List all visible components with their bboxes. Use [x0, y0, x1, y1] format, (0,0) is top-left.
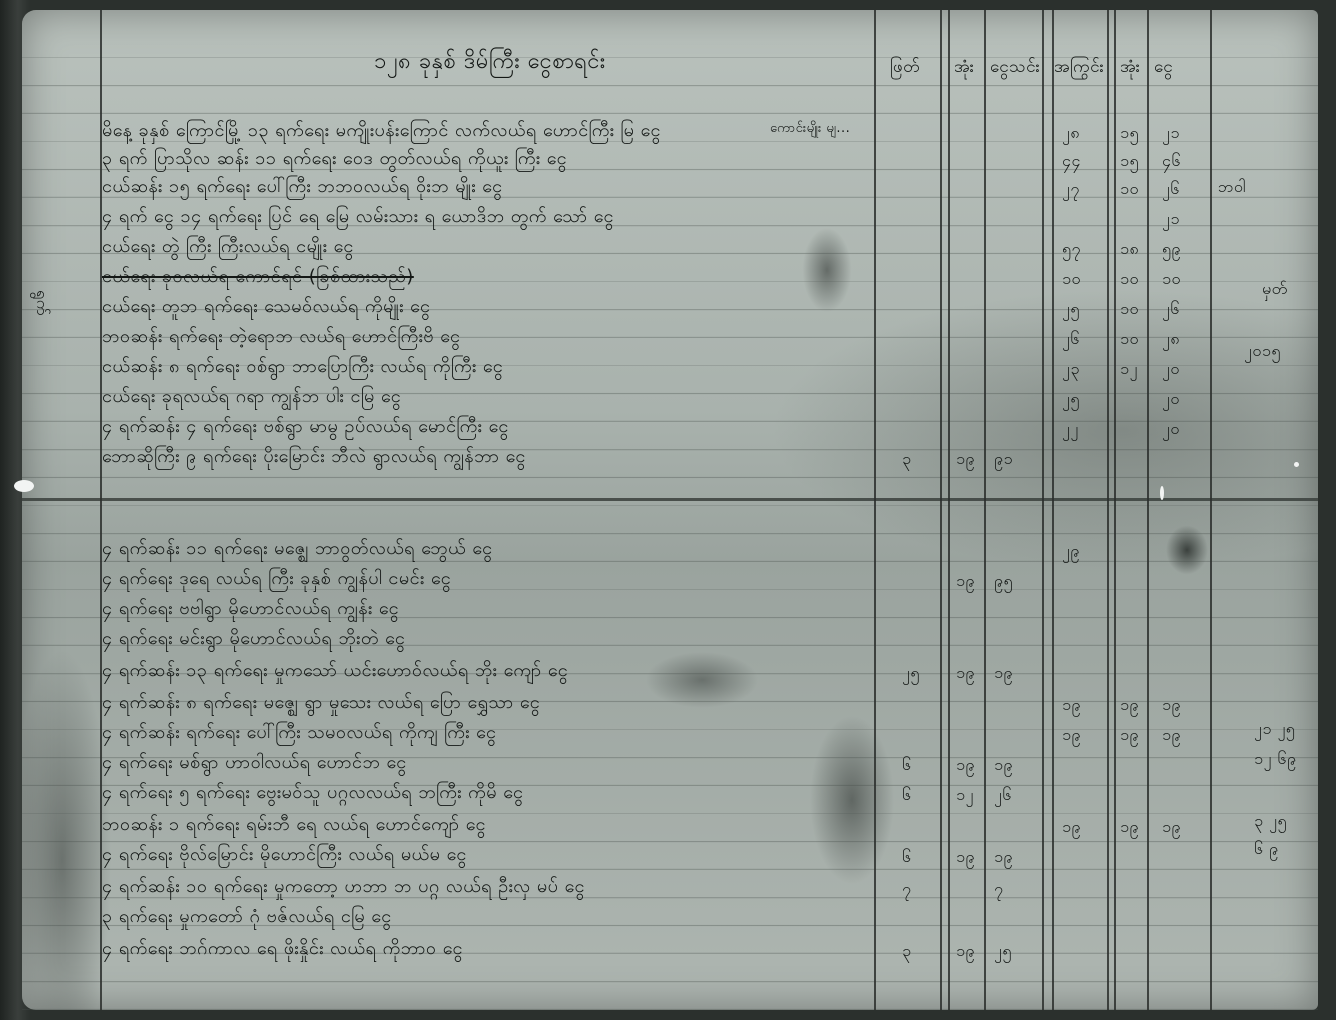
ledger-row: ၄ ရက်ရေး မစ်ရွာ ဟာဝါလယ်ရ ဟောင်ဘ ငွေ — [102, 750, 407, 777]
amount-cell: ၂၅ — [1062, 388, 1080, 412]
ledger-row: ၄ ရက်ရေး ဗဗါရွာ မိုဟောင်လယ်ရ ကျွန်း ငွေ — [102, 596, 399, 623]
amount-cell: ၂၁ — [1162, 122, 1180, 146]
column-header: အုံး — [1120, 56, 1140, 81]
amount-cell: ၂၅ — [994, 940, 1012, 964]
ledger-row: ၄ ရက်ဆန်း ၁၁ ရက်ရေး မဇ္ဈေ ဘာဝွတ်လယ်ရ ဘွေ… — [102, 536, 493, 563]
ledger-row: ၃ ရက် ပြာသိုလ ဆန်း ၁၁ ရက်ရေး ဝေဒ တွတ်လယ်… — [102, 146, 567, 173]
column-header: ဖြတ် — [890, 56, 920, 81]
right-margin-note: ဘဝါ — [1218, 176, 1246, 200]
amount-cell: ၂၅ — [902, 662, 920, 686]
amount-cell: ၁၉ — [1062, 694, 1081, 718]
scan-artifact — [1160, 486, 1164, 500]
amount-cell: ၂၇ — [1062, 178, 1080, 202]
amount-cell: ၁၂ — [1120, 358, 1138, 382]
amount-cell: ၁၂ — [956, 784, 974, 808]
ledger-row: ၄ ရက်ရေး ၅ ရက်ရေး ဗွေးမဝ်သူ ပဂ္ဂလလယ်ရ ဘက… — [102, 780, 524, 807]
amount-cell: ၂၈ — [1162, 328, 1180, 352]
scan-artifact — [1294, 462, 1299, 467]
amount-cell: ၂၁ — [1162, 208, 1180, 232]
amount-cell: ၂၆ — [1162, 178, 1180, 202]
column-rule — [1042, 10, 1044, 1010]
amount-cell: ၂၃ — [1062, 358, 1080, 382]
amount-cell: ၁၉ — [1162, 724, 1181, 748]
page-fold — [22, 498, 1318, 501]
amount-cell: ၁၉ — [956, 448, 975, 472]
ledger-row: ၃ ရက်ရေး မှုကတော် ဂုံ ဗဇ်လယ်ရ ငမြ ငွေ — [102, 904, 392, 931]
ledger-row-struck: ငယ်ရေး ခုဝလယ်ရ ကောင်ရင် (ခြစ်ထားသည်) — [102, 264, 414, 291]
column-rule — [940, 10, 942, 1010]
scan-artifact — [14, 480, 34, 492]
ledger-row: ငယ်ရေး တူဘ ရက်ရေး သေမဝ်လယ်ရ ကိုမျိုး ငွေ — [102, 294, 430, 321]
amount-cell: ၅၇ — [1062, 238, 1081, 262]
amount-cell: ၆ — [902, 846, 912, 870]
ledger-row: ၄ ရက် ငွေ ၁၄ ရက်ရေး ပြင် ရေ မြေ လမ်းသား … — [102, 204, 614, 231]
amount-cell: ၁၉ — [956, 570, 975, 594]
column-rule — [1114, 10, 1116, 1010]
ledger-row: မိနေ့ ခုနှစ် ကြောင်မြို့ ၁၃ ရက်ရေး မကျို… — [102, 118, 661, 145]
ledger-row: ဘောဆိုကြီး ၉ ရက်ရေး ပိုးမြောင်း ဘီလဲ ရွာ… — [102, 444, 526, 471]
amount-cell: ၁၈ — [1120, 238, 1139, 262]
amount-cell: ၁၀ — [1120, 268, 1139, 292]
amount-cell: ၁၅ — [1120, 122, 1139, 146]
amount-cell: ၆ — [902, 754, 912, 778]
amount-cell: ၁၀ — [1120, 178, 1139, 202]
column-rule — [1210, 10, 1212, 1010]
column-rule — [874, 10, 876, 1010]
left-margin-note: ရွက် — [30, 290, 54, 316]
amount-cell: ၁၉ — [994, 846, 1013, 870]
amount-cell: ၄၄ — [1062, 150, 1081, 174]
ledger-row: ဘဝဆန်း ရက်ရေး တဲ့ရောဘ လယ်ရ ဟောင်ကြီးဗိ င… — [102, 324, 461, 351]
ledger-row: ၄ ရက်ဆန်း ၁၀ ရက်ရေး မှုကတော့ ဟဘာ ဘ ပဂ္ဂ … — [102, 874, 585, 901]
amount-cell: ၂၆ — [1062, 328, 1080, 352]
amount-cell: ၁၉ — [1120, 816, 1139, 840]
amount-cell: ၂၆ — [1162, 298, 1180, 322]
column-rule — [1052, 10, 1054, 1010]
amount-cell: ၂၀ — [1162, 418, 1180, 442]
column-header: ငွေ — [1154, 56, 1173, 81]
amount-cell: ၁၉ — [956, 662, 975, 686]
amount-cell: ၂၀ — [1162, 358, 1180, 382]
right-margin-note: ၂၀၁၅ — [1244, 340, 1281, 364]
ledger-row: ၄ ရက်ရေး ဘဂ်ကာလ ရေ ဖိုးနှိုင်း လယ်ရ ကိုဘ… — [102, 936, 463, 963]
amount-cell: ၂၂ — [1062, 418, 1079, 442]
amount-cell: ၂၀ — [1162, 388, 1180, 412]
amount-cell: ၁၀ — [1120, 328, 1139, 352]
ledger-row: ငယ်ဆန်း ၈ ရက်ရေး ဝစ်ရွာ ဘာပြောကြီး လယ်ရ … — [102, 354, 503, 381]
amount-cell: ၇ — [902, 878, 912, 902]
ledger-row: ၄ ရက်ဆန်း ၁၃ ရက်ရေး မှုကသော် ယင်းဟောဝ်လယ… — [102, 658, 568, 685]
column-header: အုံး — [954, 56, 974, 81]
column-rule — [984, 10, 986, 1010]
amount-cell: ၁၉ — [1162, 816, 1181, 840]
right-margin-note: ၆ ၉ — [1254, 838, 1279, 862]
amount-cell: ၁၀ — [1162, 268, 1181, 292]
amount-cell: ၁၉ — [956, 846, 975, 870]
scanned-document: ၁၂၈ ခုနှစ် ဒိမ်ကြီး ငွေစာရင်း ဖြတ် အုံး … — [0, 0, 1336, 1020]
amount-cell: ၁၀ — [1120, 298, 1139, 322]
amount-cell: ၂၆ — [994, 784, 1012, 808]
amount-cell: ၂၈ — [1062, 122, 1080, 146]
amount-cell: ၃ — [902, 448, 912, 472]
ledger-row: ၄ ရက်ဆန်း ၄ ရက်ရေး ဗစ်ရွာ မာမွ ဥပ်လယ်ရ မ… — [102, 414, 509, 441]
right-margin-note: မှတ် — [1262, 278, 1288, 302]
ledger-row: ငယ်ရေး တွဲ ကြီး ကြီးလယ်ရ ငမျိုး ငွေ — [102, 234, 354, 261]
column-rule — [1107, 10, 1109, 1010]
amount-cell: ၆ — [902, 784, 912, 808]
ledger-row: ၄ ရက်ရေး ဒုရေ လယ်ရ ကြီး ခုနှစ် ကျွန်ပါ င… — [102, 566, 451, 593]
ledger-row: ငယ်ဆန်း ၁၅ ရက်ရေး ပေါ်ကြီး ဘဘဝလယ်ရ ဝိုးဘ… — [102, 174, 503, 201]
ledger-page: ၁၂၈ ခုနှစ် ဒိမ်ကြီး ငွေစာရင်း ဖြတ် အုံး … — [22, 10, 1318, 1010]
amount-cell: ၁၅ — [1120, 150, 1139, 174]
amount-cell: ၁၉ — [1120, 724, 1139, 748]
right-margin-note: ၁၂ ၆၉ — [1254, 748, 1296, 772]
amount-cell: ၁၉ — [994, 662, 1013, 686]
right-margin-note: ၂၁ ၂၅ — [1254, 718, 1295, 742]
ledger-row: ၄ ရက်ဆန်း ၈ ရက်ရေး မဇ္ဈေ ရွာ မှုသေး လယ်ရ… — [102, 690, 540, 717]
amount-cell: ၁၉ — [1162, 694, 1181, 718]
ledger-row: ဘဝဆန်း ၁ ရက်ရေး ရမ်းဘီ ရေ လယ်ရ ဟောင်ကျော… — [102, 812, 486, 839]
column-rule — [1147, 10, 1149, 1010]
amount-cell: ၁၉ — [956, 754, 975, 778]
amount-cell: ၅၉ — [1162, 238, 1181, 262]
ledger-row: ၄ ရက်ရေး ဗိုလ်မြောင်း မိုဟောင်ကြီး လယ်ရ … — [102, 842, 467, 869]
amount-cell: ၉၁ — [994, 448, 1013, 472]
amount-cell: ၁၉ — [994, 754, 1013, 778]
column-header: အကြွင်း — [1054, 56, 1104, 81]
amount-cell: ၉၅ — [994, 570, 1013, 594]
ledger-title: ၁၂၈ ခုနှစ် ဒိမ်ကြီး ငွေစာရင်း — [374, 46, 606, 79]
amount-cell: ၁၉ — [1062, 724, 1081, 748]
row-annotation: ကောင်းမျိုး မျ... — [770, 120, 850, 139]
amount-cell: ၂၅ — [1062, 298, 1080, 322]
ledger-row: ၄ ရက်ဆန်း ရက်ရေး ပေါ်ကြီး သမဝလယ်ရ ကိုကျ … — [102, 720, 496, 747]
amount-cell: ၇ — [994, 878, 1004, 902]
right-margin-note: ၃ ၂၅ — [1254, 810, 1287, 834]
column-header: ငွေသင်း — [990, 56, 1040, 81]
amount-cell: ၁၀ — [1062, 268, 1081, 292]
column-rule — [948, 10, 950, 1010]
amount-cell: ၁၉ — [1062, 816, 1081, 840]
amount-cell: ၄၆ — [1162, 150, 1181, 174]
amount-cell: ၁၉ — [956, 940, 975, 964]
amount-cell: ၂၉ — [1062, 540, 1080, 564]
amount-cell: ၃ — [902, 940, 912, 964]
ledger-row: ၄ ရက်ရေး မင်းရွာ မိုဟောင်လယ်ရ ဘိုးတဲ ငွေ — [102, 626, 405, 653]
amount-cell: ၁၉ — [1120, 694, 1139, 718]
ledger-row: ငယ်ရေး ခုရလယ်ရ ဂရာ ကျွန်ဘ ပါး ငမြ ငွေ — [102, 384, 401, 411]
